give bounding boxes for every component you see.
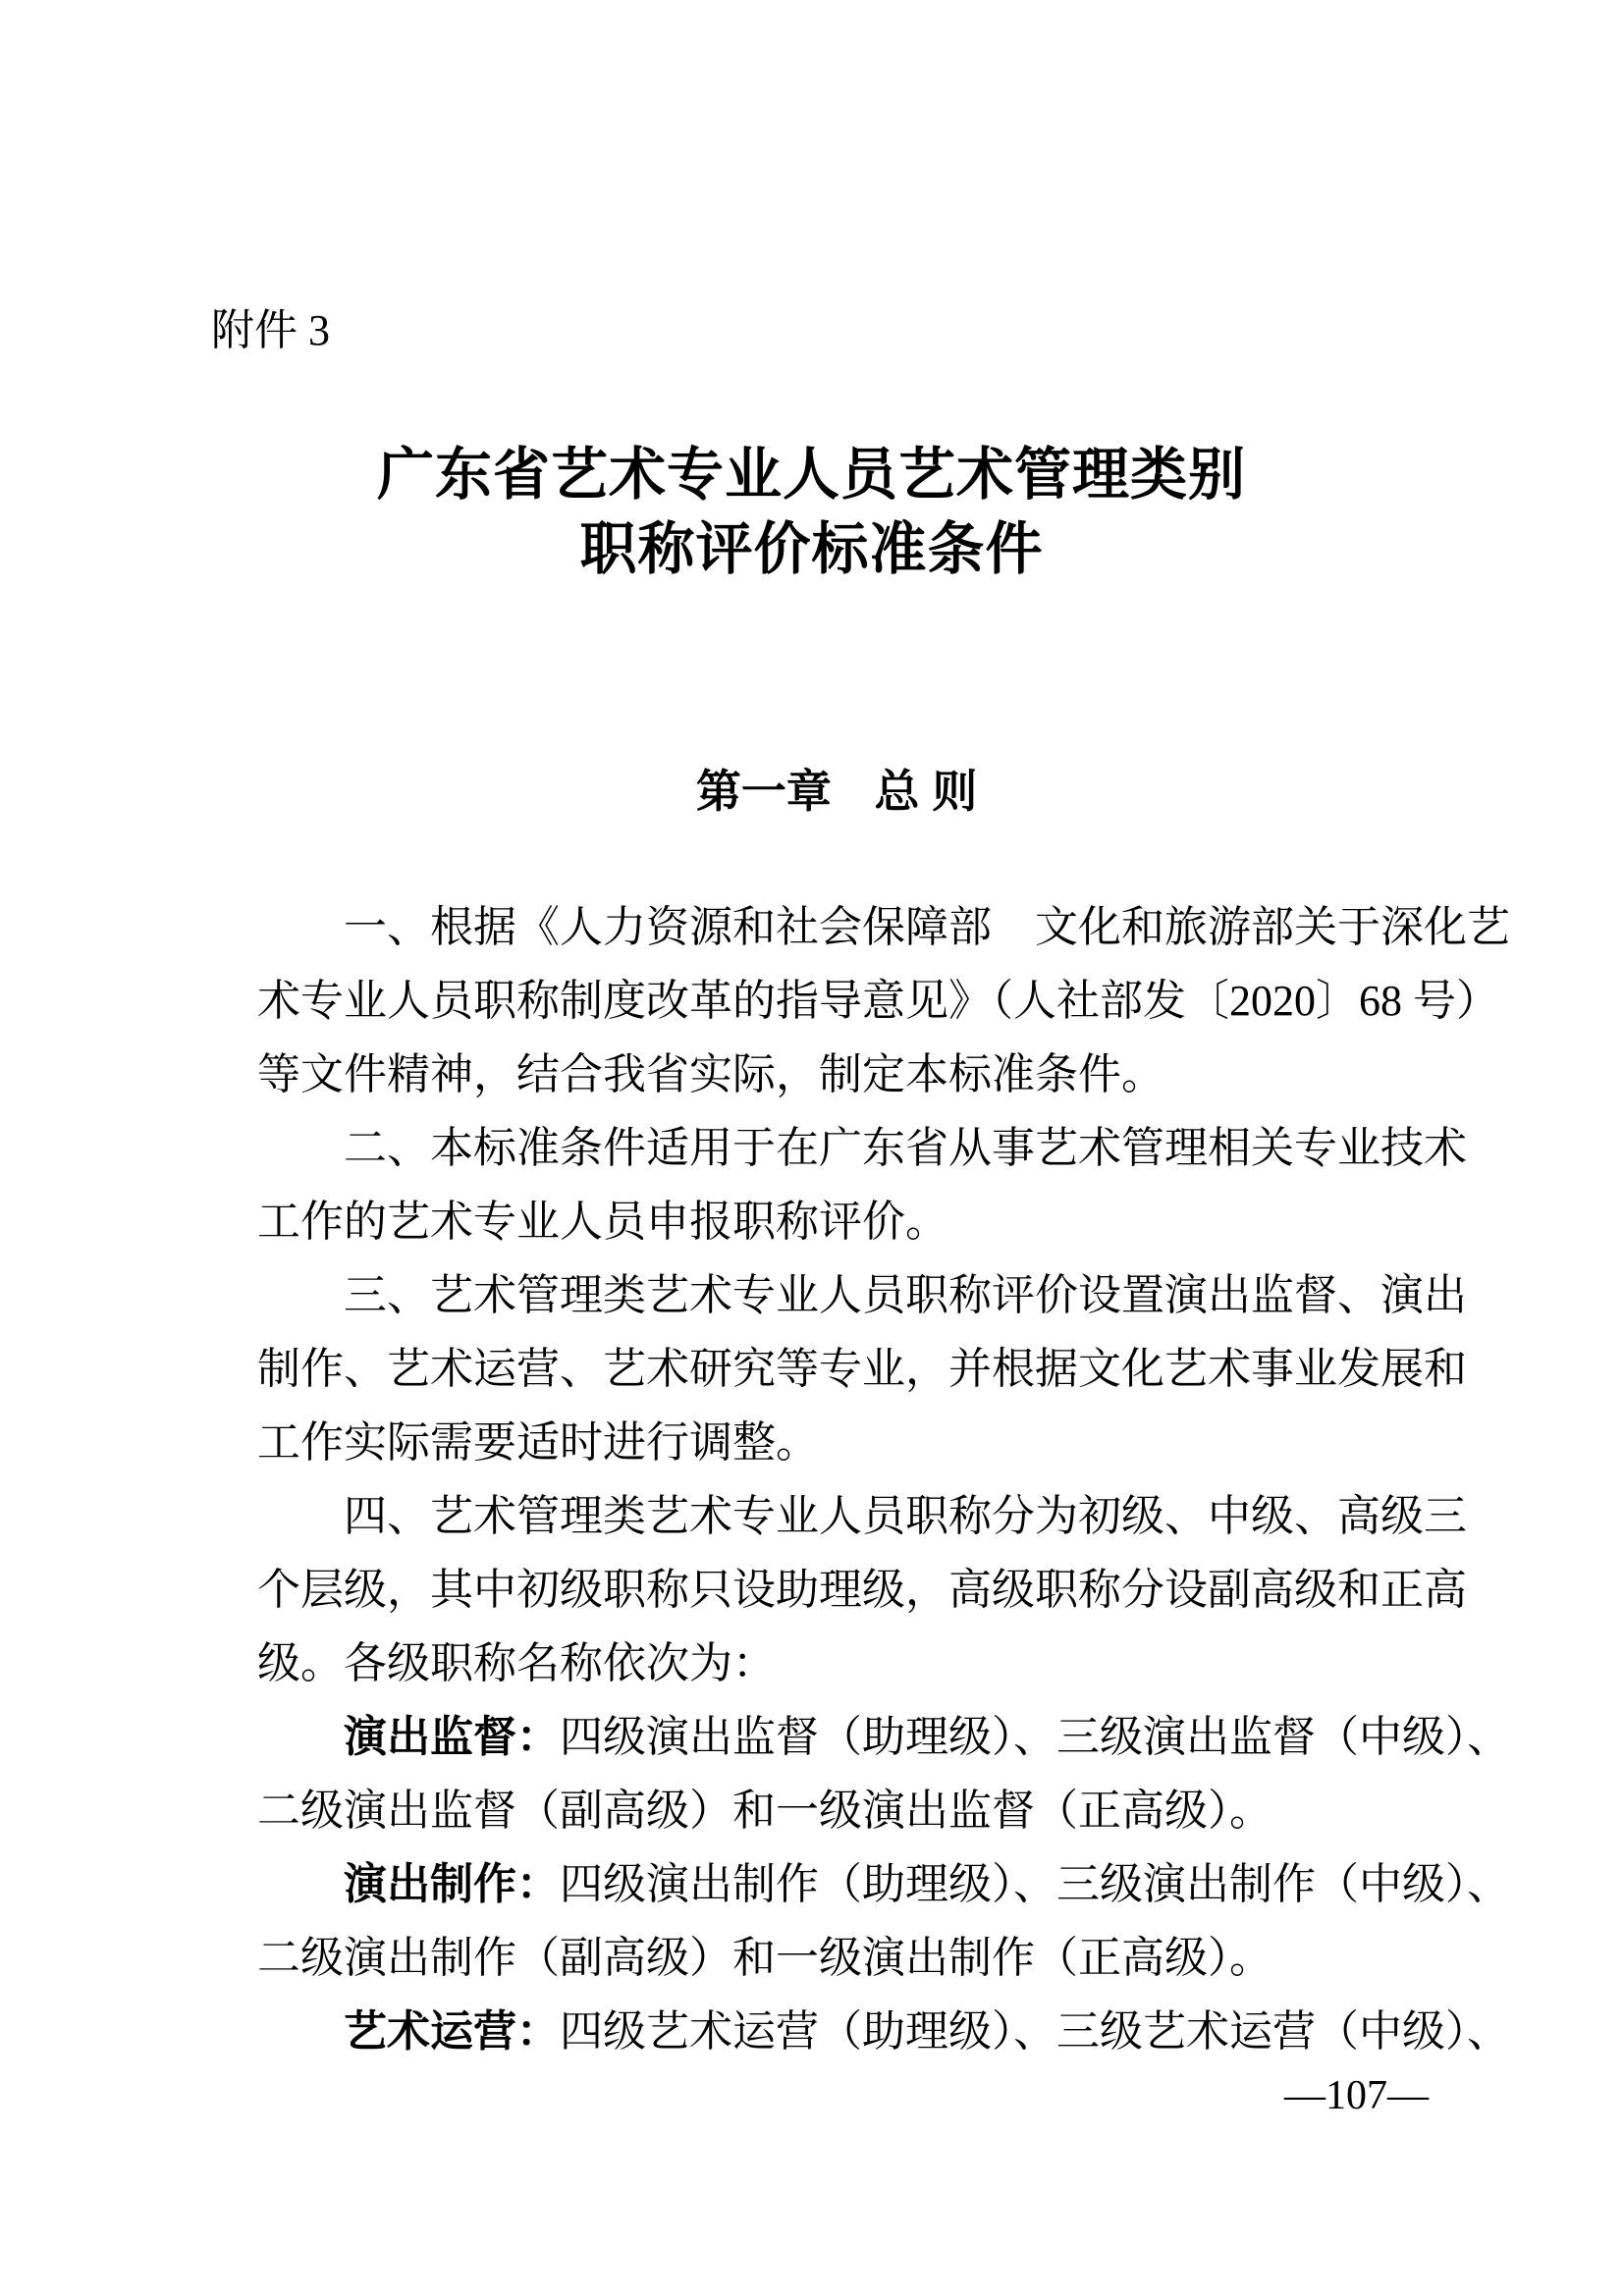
- line-text: 四级演出监督（助理级）、三级演出监督（中级）、: [560, 1713, 1510, 1761]
- line-text: 术专业人员职称制度改革的指导意见》（人社部发〔2020〕68 号）: [257, 977, 1499, 1025]
- line-text: 二级演出监督（副高级）和一级演出监督（正高级）。: [257, 1787, 1272, 1835]
- body-line: 一、根据《人力资源和社会保障部 文化和旅游部关于深化艺: [214, 817, 1432, 890]
- line-lead: 演出制作：: [344, 1860, 560, 1908]
- line-lead: 艺术运营：: [344, 2007, 560, 2056]
- line-text: 四、艺术管理类艺术专业人员职称分为初级、中级、高级三: [344, 1492, 1467, 1540]
- line-text: 二、本标准条件适用于在广东省从事艺术管理相关专业技术: [344, 1124, 1467, 1172]
- chapter-number: 第一章: [696, 766, 832, 817]
- document-page: 附件 3 广东省艺术专业人员艺术管理类别 职称评价标准条件 第一章总 则 一、根…: [0, 0, 1623, 2296]
- body-text: 一、根据《人力资源和社会保障部 文化和旅游部关于深化艺 术专业人员职称制度改革的…: [214, 817, 1432, 1995]
- document-title: 广东省艺术专业人员艺术管理类别 职称评价标准条件: [0, 438, 1623, 587]
- attachment-label: 附件 3: [211, 306, 330, 355]
- page-number: —107—: [1284, 2073, 1429, 2118]
- line-text: 等文件精神，结合我省实际，制定本标准条件。: [257, 1050, 1164, 1098]
- line-text: 三、艺术管理类艺术专业人员职称评价设置演出监督、演出: [344, 1271, 1467, 1319]
- line-text: 二级演出制作（副高级）和一级演出制作（正高级）。: [257, 1934, 1272, 1982]
- document-title-line2: 职称评价标准条件: [0, 512, 1623, 587]
- line-lead: 演出监督：: [344, 1713, 560, 1761]
- line-text: 四级艺术运营（助理级）、三级艺术运营（中级）、: [560, 2007, 1510, 2056]
- chapter-title: 总 则: [875, 766, 978, 817]
- line-text: 个层级，其中初级职称只设助理级，高级职称分设副高级和正高: [257, 1566, 1467, 1614]
- line-text: 级。各级职称名称依次为：: [257, 1639, 776, 1687]
- line-text: 工作的艺术专业人员申报职称评价。: [257, 1198, 948, 1246]
- line-text: 四级演出制作（助理级）、三级演出制作（中级）、: [560, 1860, 1510, 1908]
- line-text: 一、根据《人力资源和社会保障部 文化和旅游部关于深化艺: [344, 903, 1510, 951]
- line-text: 制作、艺术运营、艺术研究等专业，并根据文化艺术事业发展和: [257, 1345, 1467, 1393]
- line-text: 工作实际需要适时进行调整。: [257, 1418, 819, 1467]
- document-title-line1: 广东省艺术专业人员艺术管理类别: [0, 438, 1623, 512]
